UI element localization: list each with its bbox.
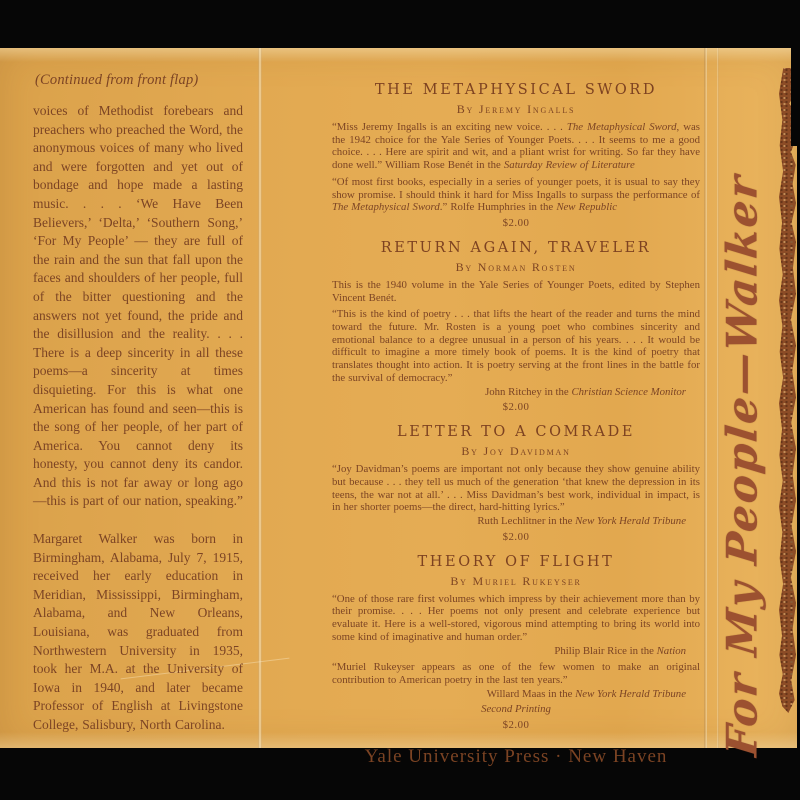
book-quote: This is the 1940 volume in the Yale Seri… [332,279,700,304]
book-list: THE METAPHYSICAL SWORDBy Jeremy Ingalls“… [332,82,700,731]
book-quote: “Miss Jeremy Ingalls is an exciting new … [332,121,700,172]
book-section: THEORY OF FLIGHTBy Muriel Rukeyser“One o… [332,554,700,731]
book-section: RETURN AGAIN, TRAVELERBy Norman RostenTh… [332,240,700,413]
book-price: $2.00 [332,531,700,543]
book-attribution: John Ritchey in the Christian Science Mo… [332,386,700,399]
book-title: RETURN AGAIN, TRAVELER [332,240,700,257]
book-attribution: Ruth Lechlitner in the New York Herald T… [332,515,700,528]
book-price: $2.00 [332,719,700,731]
book-price: $2.00 [332,401,700,413]
book-quote: “This is the kind of poetry . . . that l… [332,308,700,384]
book-byline: By Jeremy Ingalls [332,102,700,116]
spine-title: For My People—Walker [718,172,767,759]
jacket-corner-notch [791,0,800,146]
spine-fold-crease-left [704,48,707,748]
book-quote: “One of those rare first volumes which i… [332,593,700,644]
book-quote: “Muriel Rukeyser appears as one of the f… [332,661,700,686]
book-title: THEORY OF FLIGHT [332,554,700,571]
book-attribution: Willard Maas in the New York Herald Trib… [332,688,700,701]
author-bio-paragraph: Margaret Walker was born in Birmingham, … [33,530,243,735]
page-background: { "flap": { "continued_note": "(Continue… [0,0,800,800]
book-attribution: Philip Blair Rice in the Nation [332,645,700,658]
back-cover-panel: THE METAPHYSICAL SWORDBy Jeremy Ingalls“… [332,82,700,768]
book-byline: By Norman Rosten [332,260,700,274]
book-byline: By Joy Davidman [332,444,700,458]
brush-texture-strip [779,68,796,713]
flap-review-paragraph: voices of Methodist forebears and preach… [33,102,243,511]
publisher-line: Yale University Press · New Haven [332,746,700,768]
book-price: $2.00 [332,217,700,229]
book-note: Second Printing [332,703,700,716]
book-byline: By Muriel Rukeyser [332,574,700,588]
book-quote: “Of most first books, especially in a se… [332,176,700,214]
book-title: LETTER TO A COMRADE [332,424,700,441]
flap-fold-crease [258,48,262,748]
book-quote: “Joy Davidman’s poems are important not … [332,463,700,514]
dust-jacket: (Continued from front flap) voices of Me… [0,48,797,748]
back-flap-panel: (Continued from front flap) voices of Me… [33,72,243,735]
book-title: THE METAPHYSICAL SWORD [332,82,700,99]
continued-from-front-flap-note: (Continued from front flap) [35,72,243,89]
jacket-top-edge-highlight [0,48,797,62]
book-section: LETTER TO A COMRADEBy Joy Davidman“Joy D… [332,424,700,543]
book-section: THE METAPHYSICAL SWORDBy Jeremy Ingalls“… [332,82,700,229]
